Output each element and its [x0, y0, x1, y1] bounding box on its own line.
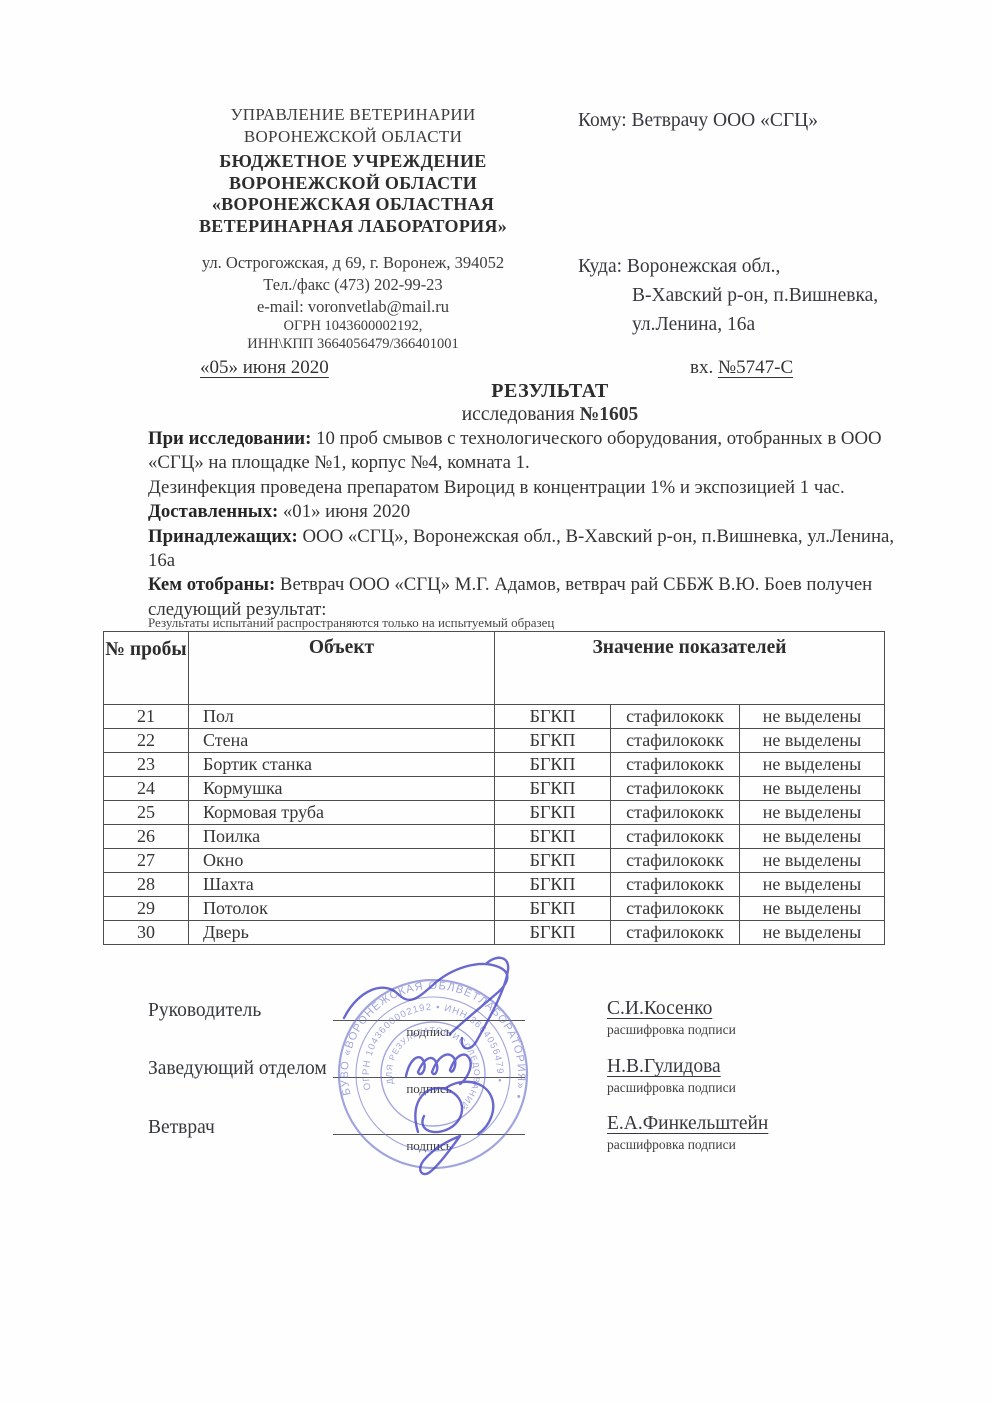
- org-name-line: ВОРОНЕЖСКОЙ ОБЛАСТИ: [168, 173, 538, 195]
- org-department-line: УПРАВЛЕНИЕ ВЕТЕРИНАРИИ: [168, 104, 538, 126]
- cell-test-type: БГКП: [495, 825, 611, 849]
- cell-indicator: стафилококк: [611, 897, 740, 921]
- cell-indicator: стафилококк: [611, 825, 740, 849]
- recipient-address-line: Куда: Воронежская обл.,: [578, 252, 878, 281]
- table-body: 21 Пол БГКП стафилококк не выделены 22 С…: [104, 705, 885, 945]
- org-name-line: «ВОРОНЕЖСКАЯ ОБЛАСТНАЯ: [168, 194, 538, 216]
- cell-test-type: БГКП: [495, 897, 611, 921]
- cell-result: не выделены: [740, 921, 885, 945]
- table-row: 27 Окно БГКП стафилококк не выделены: [104, 849, 885, 873]
- cell-result: не выделены: [740, 873, 885, 897]
- cell-sample-number: 28: [104, 873, 189, 897]
- cell-sample-number: 24: [104, 777, 189, 801]
- cell-sample-number: 25: [104, 801, 189, 825]
- cell-indicator: стафилококк: [611, 849, 740, 873]
- table-row: 21 Пол БГКП стафилококк не выделены: [104, 705, 885, 729]
- paragraph-label: Доставленных:: [148, 501, 278, 522]
- col-header-object: Объект: [189, 632, 495, 705]
- paragraph-value: Дезинфекция проведена препаратом Вироцид…: [148, 477, 845, 498]
- cell-indicator: стафилококк: [611, 921, 740, 945]
- col-header-sample-number: № пробы: [104, 632, 189, 705]
- cell-test-type: БГКП: [495, 873, 611, 897]
- table-header-row: № пробы Объект Значение показателей: [104, 632, 885, 705]
- org-name-line: БЮДЖЕТНОЕ УЧРЕЖДЕНИЕ: [168, 151, 538, 173]
- paragraph-label: Кем отобраны:: [148, 574, 275, 595]
- cell-object: Кормовая труба: [189, 801, 495, 825]
- cell-test-type: БГКП: [495, 849, 611, 873]
- cell-object: Кормушка: [189, 777, 495, 801]
- table-row: 30 Дверь БГКП стафилококк не выделены: [104, 921, 885, 945]
- subtitle-text: исследования: [462, 404, 580, 425]
- paragraph-label: Принадлежащих:: [148, 526, 298, 547]
- signature-stroke-director: [344, 958, 508, 1049]
- signature-name-veterinarian: Е.А.Финкельштейн: [607, 1113, 768, 1135]
- col-header-values: Значение показателей: [495, 632, 885, 705]
- cell-result: не выделены: [740, 897, 885, 921]
- cell-result: не выделены: [740, 849, 885, 873]
- cell-indicator: стафилококк: [611, 777, 740, 801]
- cell-result: не выделены: [740, 705, 885, 729]
- handwritten-signatures: [300, 950, 630, 1200]
- cell-object: Бортик станка: [189, 753, 495, 777]
- incoming-number-value: №5747-С: [718, 357, 793, 378]
- body-text: При исследовании: 10 проб смывов с техно…: [148, 427, 923, 622]
- org-department-line: ВОРОНЕЖСКОЙ ОБЛАСТИ: [168, 126, 538, 148]
- cell-test-type: БГКП: [495, 729, 611, 753]
- cell-indicator: стафилококк: [611, 801, 740, 825]
- paragraph-value: «01» июня 2020: [278, 501, 410, 522]
- table-row: 26 Поилка БГКП стафилококк не выделены: [104, 825, 885, 849]
- study-number: №1605: [580, 404, 639, 425]
- cell-test-type: БГКП: [495, 801, 611, 825]
- cell-test-type: БГКП: [495, 921, 611, 945]
- cell-object: Дверь: [189, 921, 495, 945]
- cell-indicator: стафилококк: [611, 729, 740, 753]
- cell-sample-number: 26: [104, 825, 189, 849]
- cell-test-type: БГКП: [495, 753, 611, 777]
- signature-stroke-veterinarian: [415, 1082, 493, 1174]
- cell-result: не выделены: [740, 825, 885, 849]
- table-row: 29 Потолок БГКП стафилококк не выделены: [104, 897, 885, 921]
- table-row: 22 Стена БГКП стафилококк не выделены: [104, 729, 885, 753]
- disclaimer-note: Результаты испытаний распространяются то…: [148, 615, 554, 631]
- signature-stroke-head: [406, 1054, 471, 1084]
- cell-result: не выделены: [740, 753, 885, 777]
- incoming-number: вх. №5747-С: [690, 357, 793, 379]
- cell-indicator: стафилококк: [611, 705, 740, 729]
- org-email: e-mail: voronvetlab@mail.ru: [168, 296, 538, 318]
- cell-result: не выделены: [740, 729, 885, 753]
- table-row: 28 Шахта БГКП стафилококк не выделены: [104, 873, 885, 897]
- cell-sample-number: 23: [104, 753, 189, 777]
- cell-indicator: стафилококк: [611, 753, 740, 777]
- recipient-address-line: В-Хавский р-он, п.Вишневка,: [578, 281, 878, 310]
- org-address: ул. Острогожская, д 69, г. Воронеж, 3940…: [168, 252, 538, 274]
- incoming-number-prefix: вх.: [690, 357, 718, 378]
- cell-result: не выделены: [740, 801, 885, 825]
- cell-sample-number: 30: [104, 921, 189, 945]
- cell-object: Стена: [189, 729, 495, 753]
- letterhead-contacts: ул. Острогожская, д 69, г. Воронеж, 3940…: [168, 252, 538, 353]
- table-row: 23 Бортик станка БГКП стафилококк не выд…: [104, 753, 885, 777]
- document-title: РЕЗУЛЬТАТ: [120, 380, 980, 403]
- cell-object: Шахта: [189, 873, 495, 897]
- document-subtitle: исследования №1605: [120, 404, 980, 426]
- table-row: 24 Кормушка БГКП стафилококк не выделены: [104, 777, 885, 801]
- signature-role-director: Руководитель: [148, 1000, 261, 1022]
- org-phone: Тел./факс (473) 202-99-23: [168, 274, 538, 296]
- signature-role-veterinarian: Ветврач: [148, 1117, 215, 1139]
- cell-object: Поилка: [189, 825, 495, 849]
- table-row: 25 Кормовая труба БГКП стафилококк не вы…: [104, 801, 885, 825]
- document-page: УПРАВЛЕНИЕ ВЕТЕРИНАРИИ ВОРОНЕЖСКОЙ ОБЛАС…: [0, 0, 991, 1403]
- org-ogrn: ОГРН 1043600002192,: [168, 318, 538, 336]
- org-inn-kpp: ИНН\КПП 3664056479/366401001: [168, 336, 538, 354]
- cell-object: Пол: [189, 705, 495, 729]
- cell-test-type: БГКП: [495, 705, 611, 729]
- cell-object: Окно: [189, 849, 495, 873]
- paragraph-owner: Принадлежащих: ООО «СГЦ», Воронежская об…: [148, 525, 923, 574]
- recipient-to: Кому: Ветврачу ООО «СГЦ»: [578, 110, 818, 132]
- letterhead-org-block: УПРАВЛЕНИЕ ВЕТЕРИНАРИИ ВОРОНЕЖСКОЙ ОБЛАС…: [168, 104, 538, 237]
- cell-sample-number: 29: [104, 897, 189, 921]
- cell-sample-number: 27: [104, 849, 189, 873]
- org-name-line: ВЕТЕРИНАРНАЯ ЛАБОРАТОРИЯ»: [168, 216, 538, 238]
- cell-indicator: стафилококк: [611, 873, 740, 897]
- cell-sample-number: 22: [104, 729, 189, 753]
- cell-test-type: БГКП: [495, 777, 611, 801]
- paragraph-disinfection: Дезинфекция проведена препаратом Вироцид…: [148, 476, 923, 500]
- recipient-address-line: ул.Ленина, 16а: [578, 310, 878, 339]
- paragraph-delivered: Доставленных: «01» июня 2020: [148, 500, 923, 524]
- results-table: № пробы Объект Значение показателей 21 П…: [103, 631, 885, 945]
- cell-object: Потолок: [189, 897, 495, 921]
- recipient-address: Куда: Воронежская обл., В-Хавский р-он, …: [578, 252, 878, 339]
- document-date: «05» июня 2020: [200, 357, 329, 379]
- cell-sample-number: 21: [104, 705, 189, 729]
- paragraph-label: При исследовании:: [148, 428, 311, 449]
- cell-result: не выделены: [740, 777, 885, 801]
- paragraph-study: При исследовании: 10 проб смывов с техно…: [148, 427, 923, 476]
